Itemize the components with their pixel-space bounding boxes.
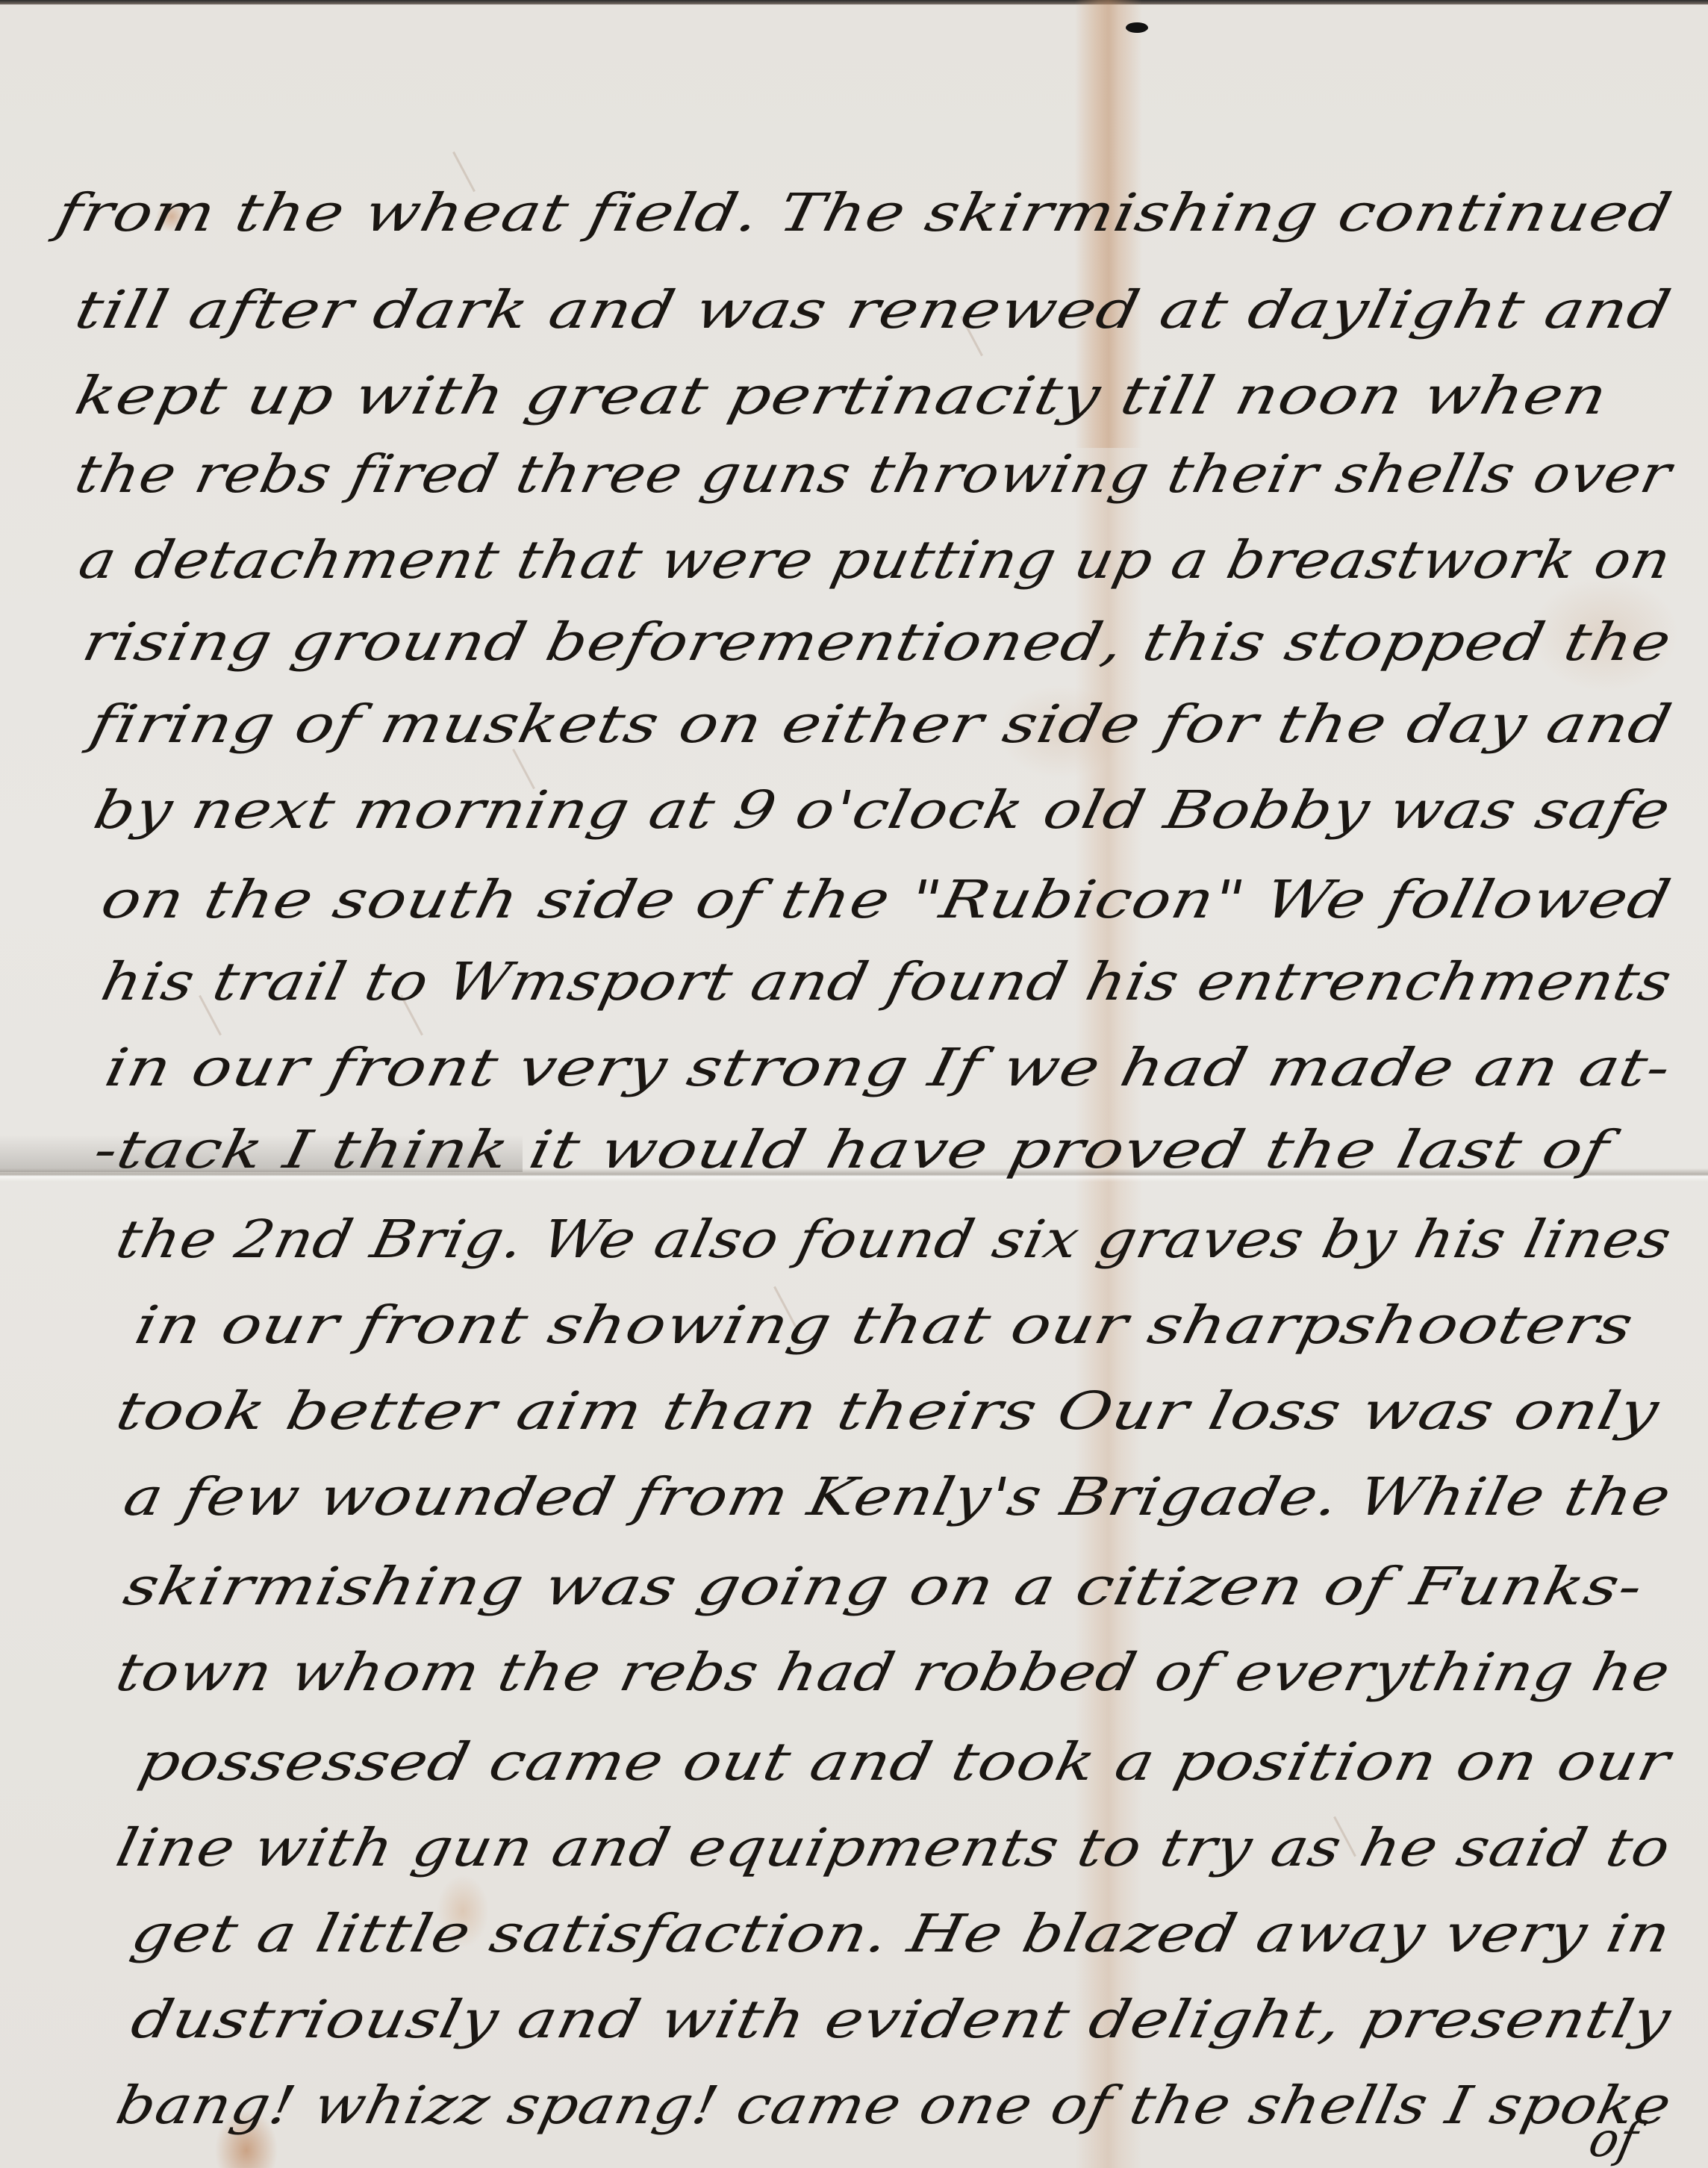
letter-line: his trail to Wmsport and found his entre… <box>97 956 1677 1008</box>
letter-line: get a little satisfaction. He blazed awa… <box>127 1907 1676 1960</box>
letter-line: a few wounded from Kenly's Brigade. Whil… <box>119 1471 1676 1523</box>
letter-line: a detachment that were putting up a brea… <box>75 534 1676 586</box>
letter-line: the rebs fired three guns throwing their… <box>71 448 1676 500</box>
letter-line: line with gun and equipments to try as h… <box>112 1822 1675 1874</box>
letter-line: took better aim than theirs Our loss was… <box>112 1385 1664 1437</box>
letter-line: on the south side of the "Rubicon" We fo… <box>97 873 1676 926</box>
letter-page: from the wheat field. The skirmishing co… <box>0 0 1708 2168</box>
letter-line: in our front very strong If we had made … <box>101 1041 1676 1094</box>
letter-line: bang! whizz spang! came one of the shell… <box>112 2079 1676 2131</box>
letter-line: by next morning at 9 o'clock old Bobby w… <box>90 784 1675 836</box>
letter-line: from the wheat field. The skirmishing co… <box>52 187 1677 239</box>
letter-line: town whom the rebs had robbed of everyth… <box>112 1646 1675 1698</box>
letter-line: rising ground beforementioned, this stop… <box>78 616 1676 668</box>
letter-line: the 2nd Brig. We also found six graves b… <box>112 1213 1676 1265</box>
letter-line: kept up with great pertinacity till noon… <box>71 370 1612 422</box>
letter-line: possessed came out and took a position o… <box>134 1736 1675 1788</box>
letter-line: -tack I think it would have proved the l… <box>90 1124 1614 1176</box>
letter-line: dustriously and with evident delight, pr… <box>127 1993 1676 2046</box>
letter-line: in our front showing that our sharpshoot… <box>131 1299 1639 1351</box>
letter-line: till after dark and was renewed at dayli… <box>71 284 1676 336</box>
letter-line: firing of muskets on either side for the… <box>86 698 1677 750</box>
letter-line: skirmishing was going on a citizen of Fu… <box>119 1560 1648 1613</box>
letter-body: from the wheat field. The skirmishing co… <box>0 0 1708 2168</box>
